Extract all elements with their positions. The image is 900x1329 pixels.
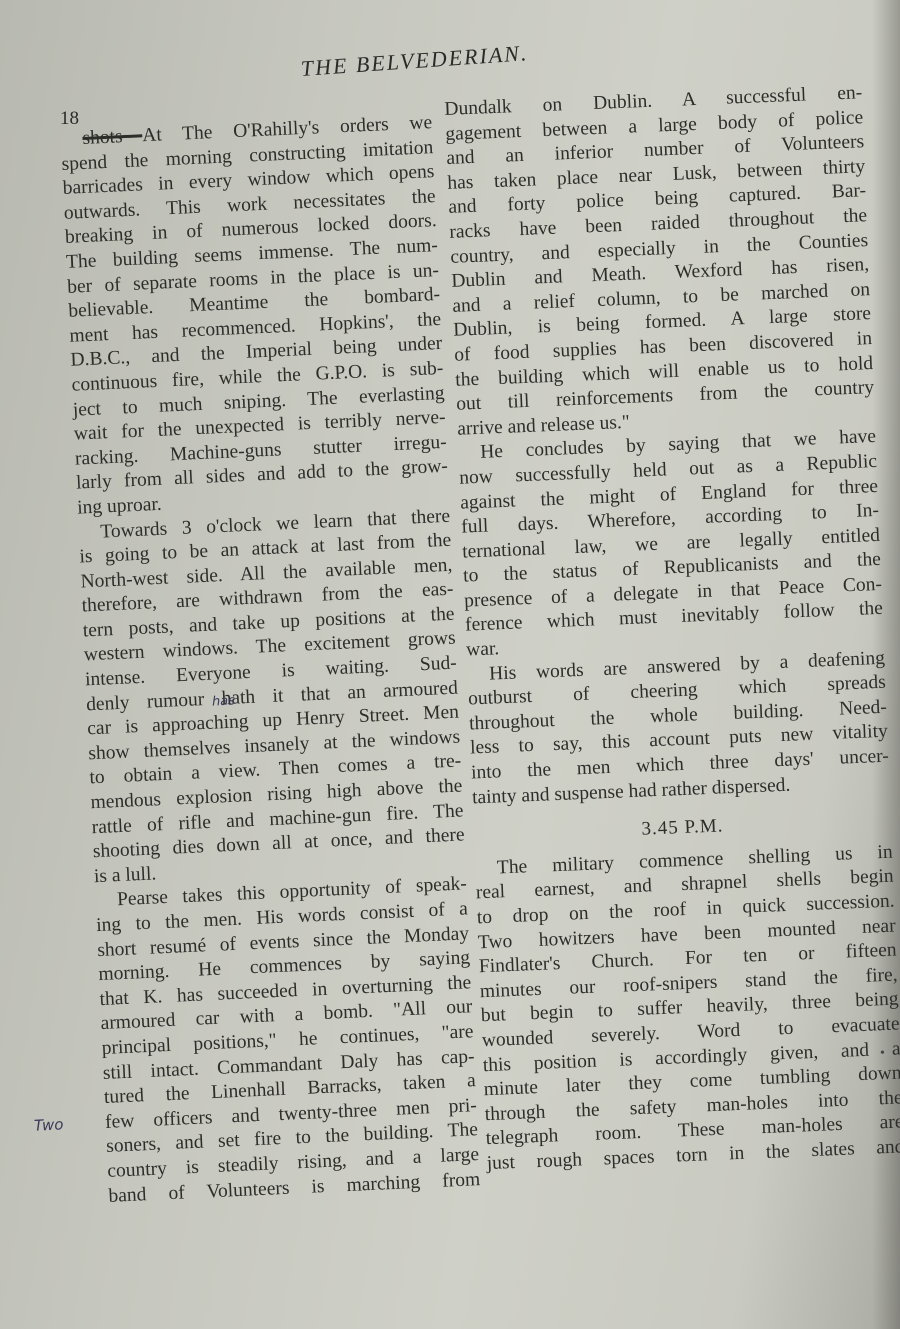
right-column: Dundalk on Dublin. A successful en-gagem… [444,81,900,1176]
line-text: war. [466,638,500,660]
line-text: is a lull. [94,863,157,887]
handwritten-note-has: has [212,693,236,709]
struck-word: shots [82,125,143,149]
scanned-page: THE BELVEDERIAN. 18 shots At The O'Rahil… [0,0,900,1329]
margin-mark: • [880,1046,885,1062]
running-head: THE BELVEDERIAN. [300,40,529,82]
line-text: ing uproar. [77,494,162,519]
handwritten-note-two: Two [34,1115,64,1135]
left-column: shots At The O'Rahilly's orders wespend … [60,111,481,1209]
